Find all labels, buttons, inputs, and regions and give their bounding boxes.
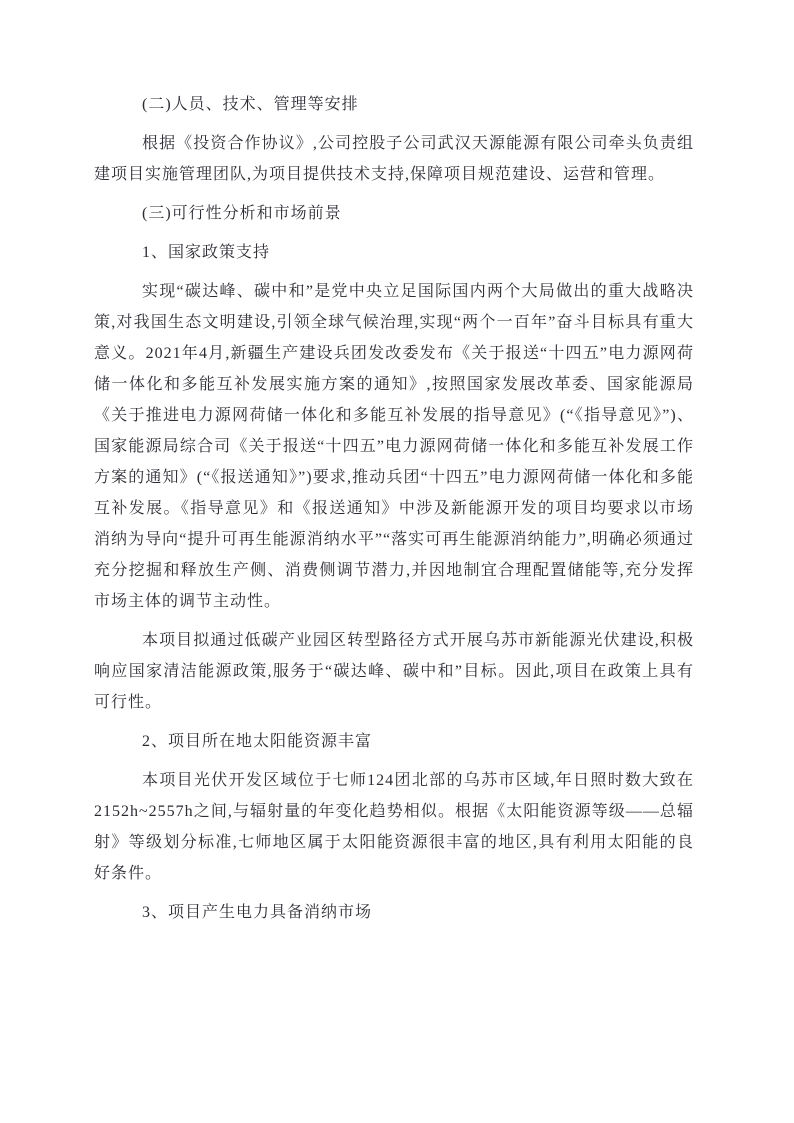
paragraph-policy-background: 实现“碳达峰、碳中和”是党中央立足国际国内两个大局做出的重大战略决策,对我国生态…: [94, 276, 694, 617]
section-heading-2-personnel-tech-management: (二)人员、技术、管理等安排: [94, 89, 694, 120]
subheading-2-solar-resource-rich: 2、项目所在地太阳能资源丰富: [94, 726, 694, 757]
paragraph-policy-feasibility: 本项目拟通过低碳产业园区转型路径方式开展乌苏市新能源光伏建设,积极响应国家清洁能…: [94, 625, 694, 718]
paragraph-management-team: 根据《投资合作协议》,公司控股子公司武汉天源能源有限公司牵头负责组建项目实施管理…: [94, 128, 694, 190]
document-page: (二)人员、技术、管理等安排 根据《投资合作协议》,公司控股子公司武汉天源能源有…: [0, 0, 794, 1123]
subheading-3-power-consumption-market: 3、项目产生电力具备消纳市场: [94, 897, 694, 928]
subheading-1-national-policy-support: 1、国家政策支持: [94, 237, 694, 268]
paragraph-solar-resource: 本项目光伏开发区域位于七师124团北部的乌苏市区域,年日照时数大致在2152h~…: [94, 765, 694, 889]
section-heading-3-feasibility-market: (三)可行性分析和市场前景: [94, 198, 694, 229]
